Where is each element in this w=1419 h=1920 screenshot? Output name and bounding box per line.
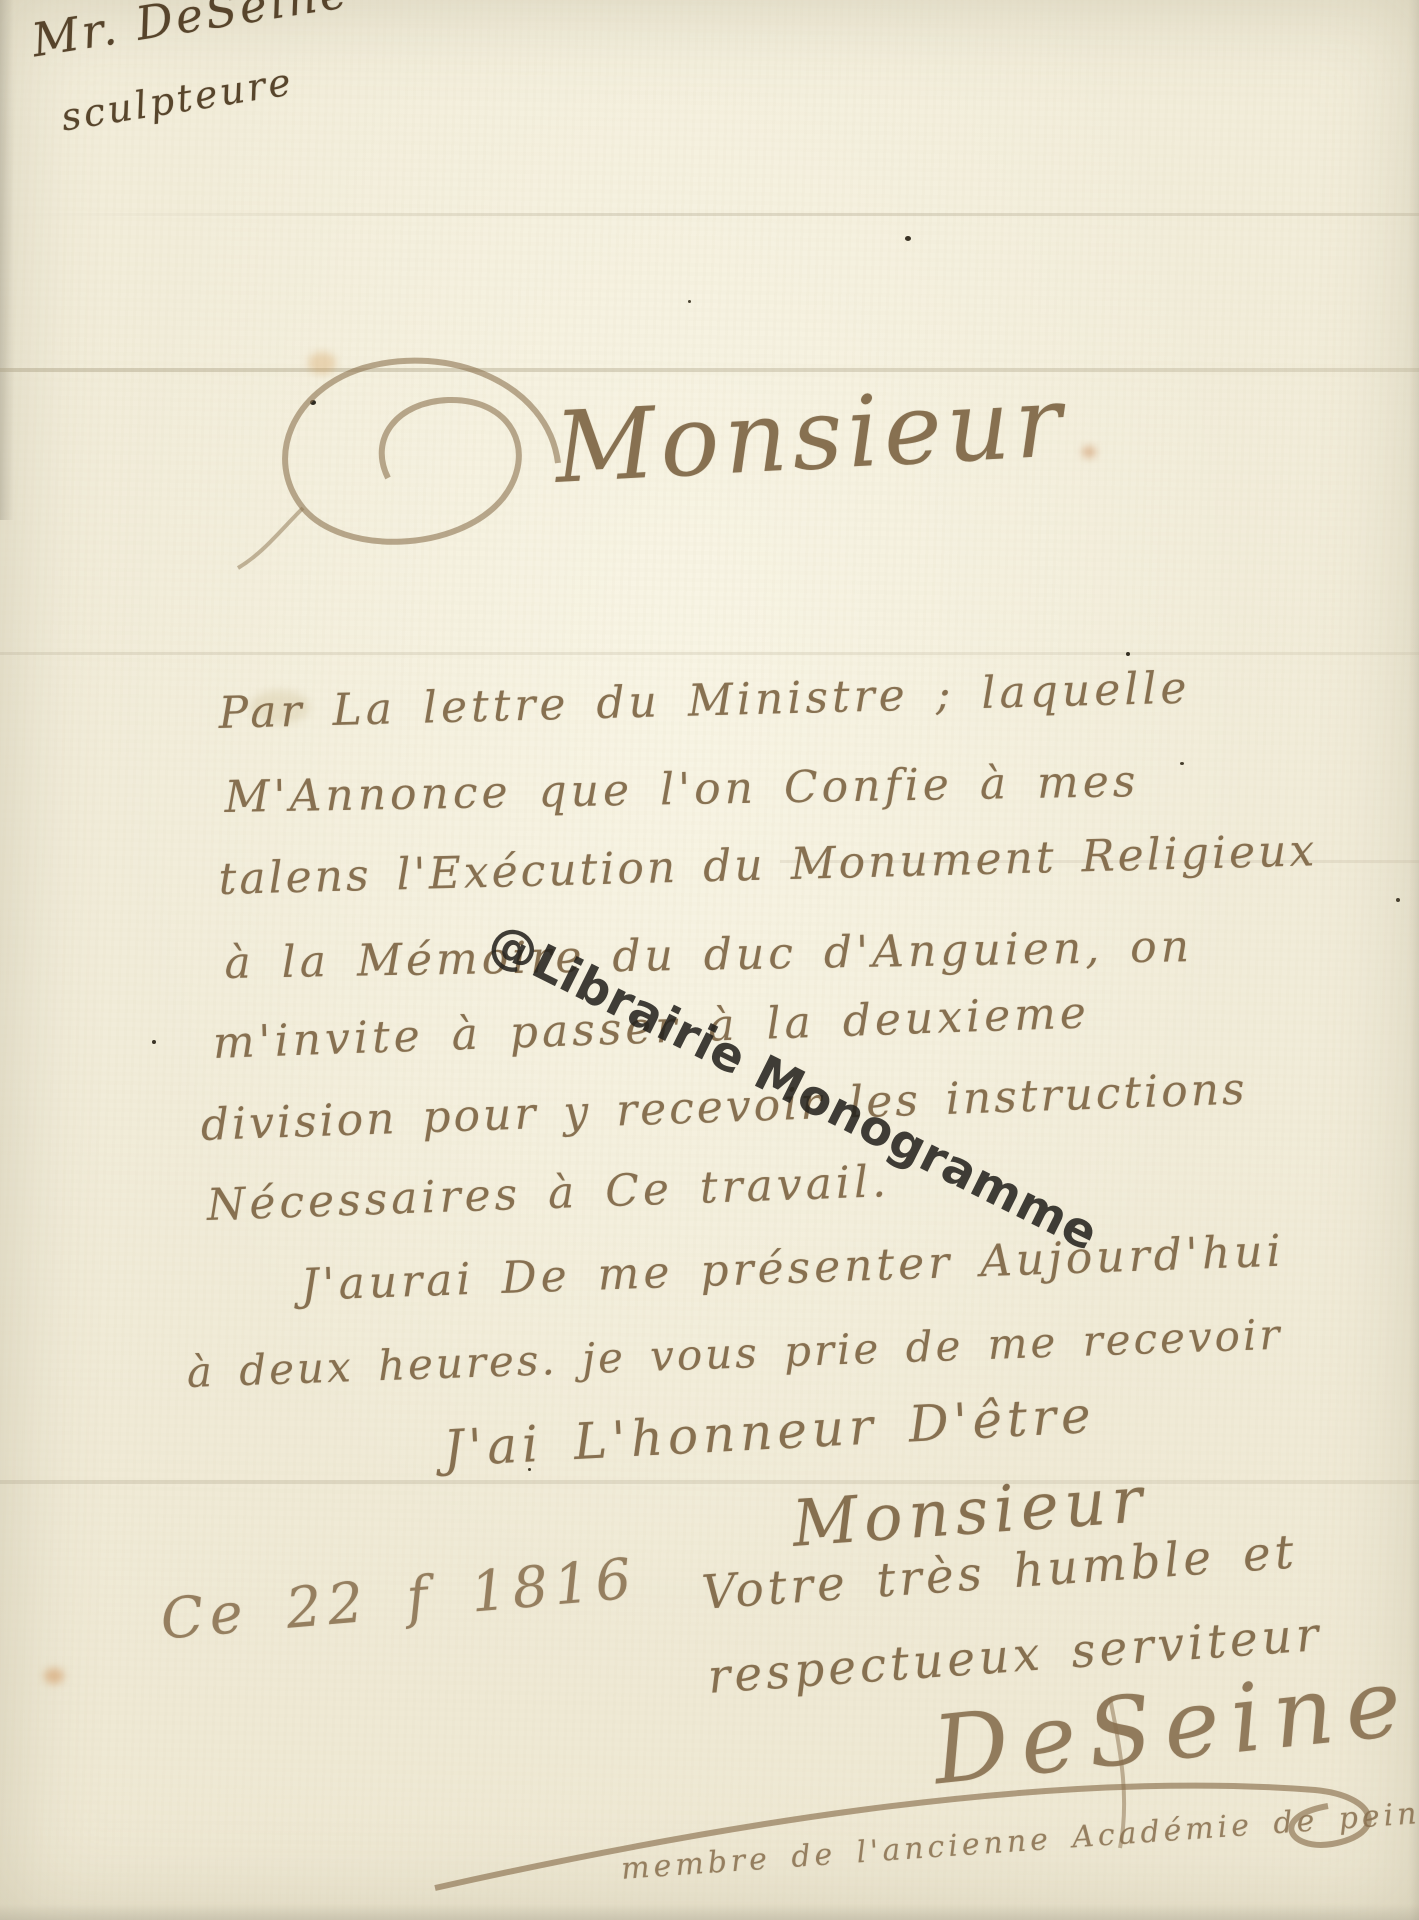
fold-crease [0, 368, 1419, 372]
speck [688, 300, 691, 303]
speck [1180, 762, 1184, 765]
fold-crease [0, 1480, 1419, 1484]
body-line-4: à la Mémoire du duc d'Anguien, on [224, 921, 1193, 989]
paper-edge-bottom [0, 1904, 1419, 1920]
body-line-1: Par La lettre du Ministre ; laquelle [218, 663, 1191, 739]
body-line-3: talens l'Exécution du Monument Religieux [218, 825, 1318, 905]
speck [152, 1040, 156, 1044]
fox-stain [1082, 446, 1096, 458]
fox-stain [44, 1668, 64, 1684]
annotation-owner-role: sculpteure [58, 59, 297, 139]
body-line-8: J'aurai De me présenter Aujourd'hui [300, 1226, 1285, 1311]
body-line-7: Nécessaires à Ce travail. [206, 1156, 891, 1231]
body-line-2: M'Annonce que l'on Confie à mes [224, 756, 1140, 823]
speck [1126, 652, 1130, 656]
flourish-path [285, 361, 558, 542]
paper-edge-right [1409, 0, 1419, 1920]
salutation: Monsieur [552, 365, 1069, 506]
fold-crease [0, 652, 1419, 655]
body-line-9: à deux heures. je vous prie de me recevo… [186, 1310, 1283, 1397]
annotation-owner-name: Mr. DeSeine [28, 0, 353, 67]
salutation-flourish [258, 338, 578, 573]
speck [905, 236, 911, 241]
letter-page: Mr. DeSeine sculpteure Monsieur Par La l… [0, 0, 1419, 1920]
closing-honneur-line: J'ai L'honneur D'être [442, 1386, 1097, 1478]
date-line: Ce 22 f 1816 [158, 1546, 640, 1652]
fold-crease [0, 213, 1419, 216]
flourish-tail-path [238, 508, 303, 568]
paper-edge-left [0, 0, 14, 520]
speck [1396, 898, 1400, 902]
